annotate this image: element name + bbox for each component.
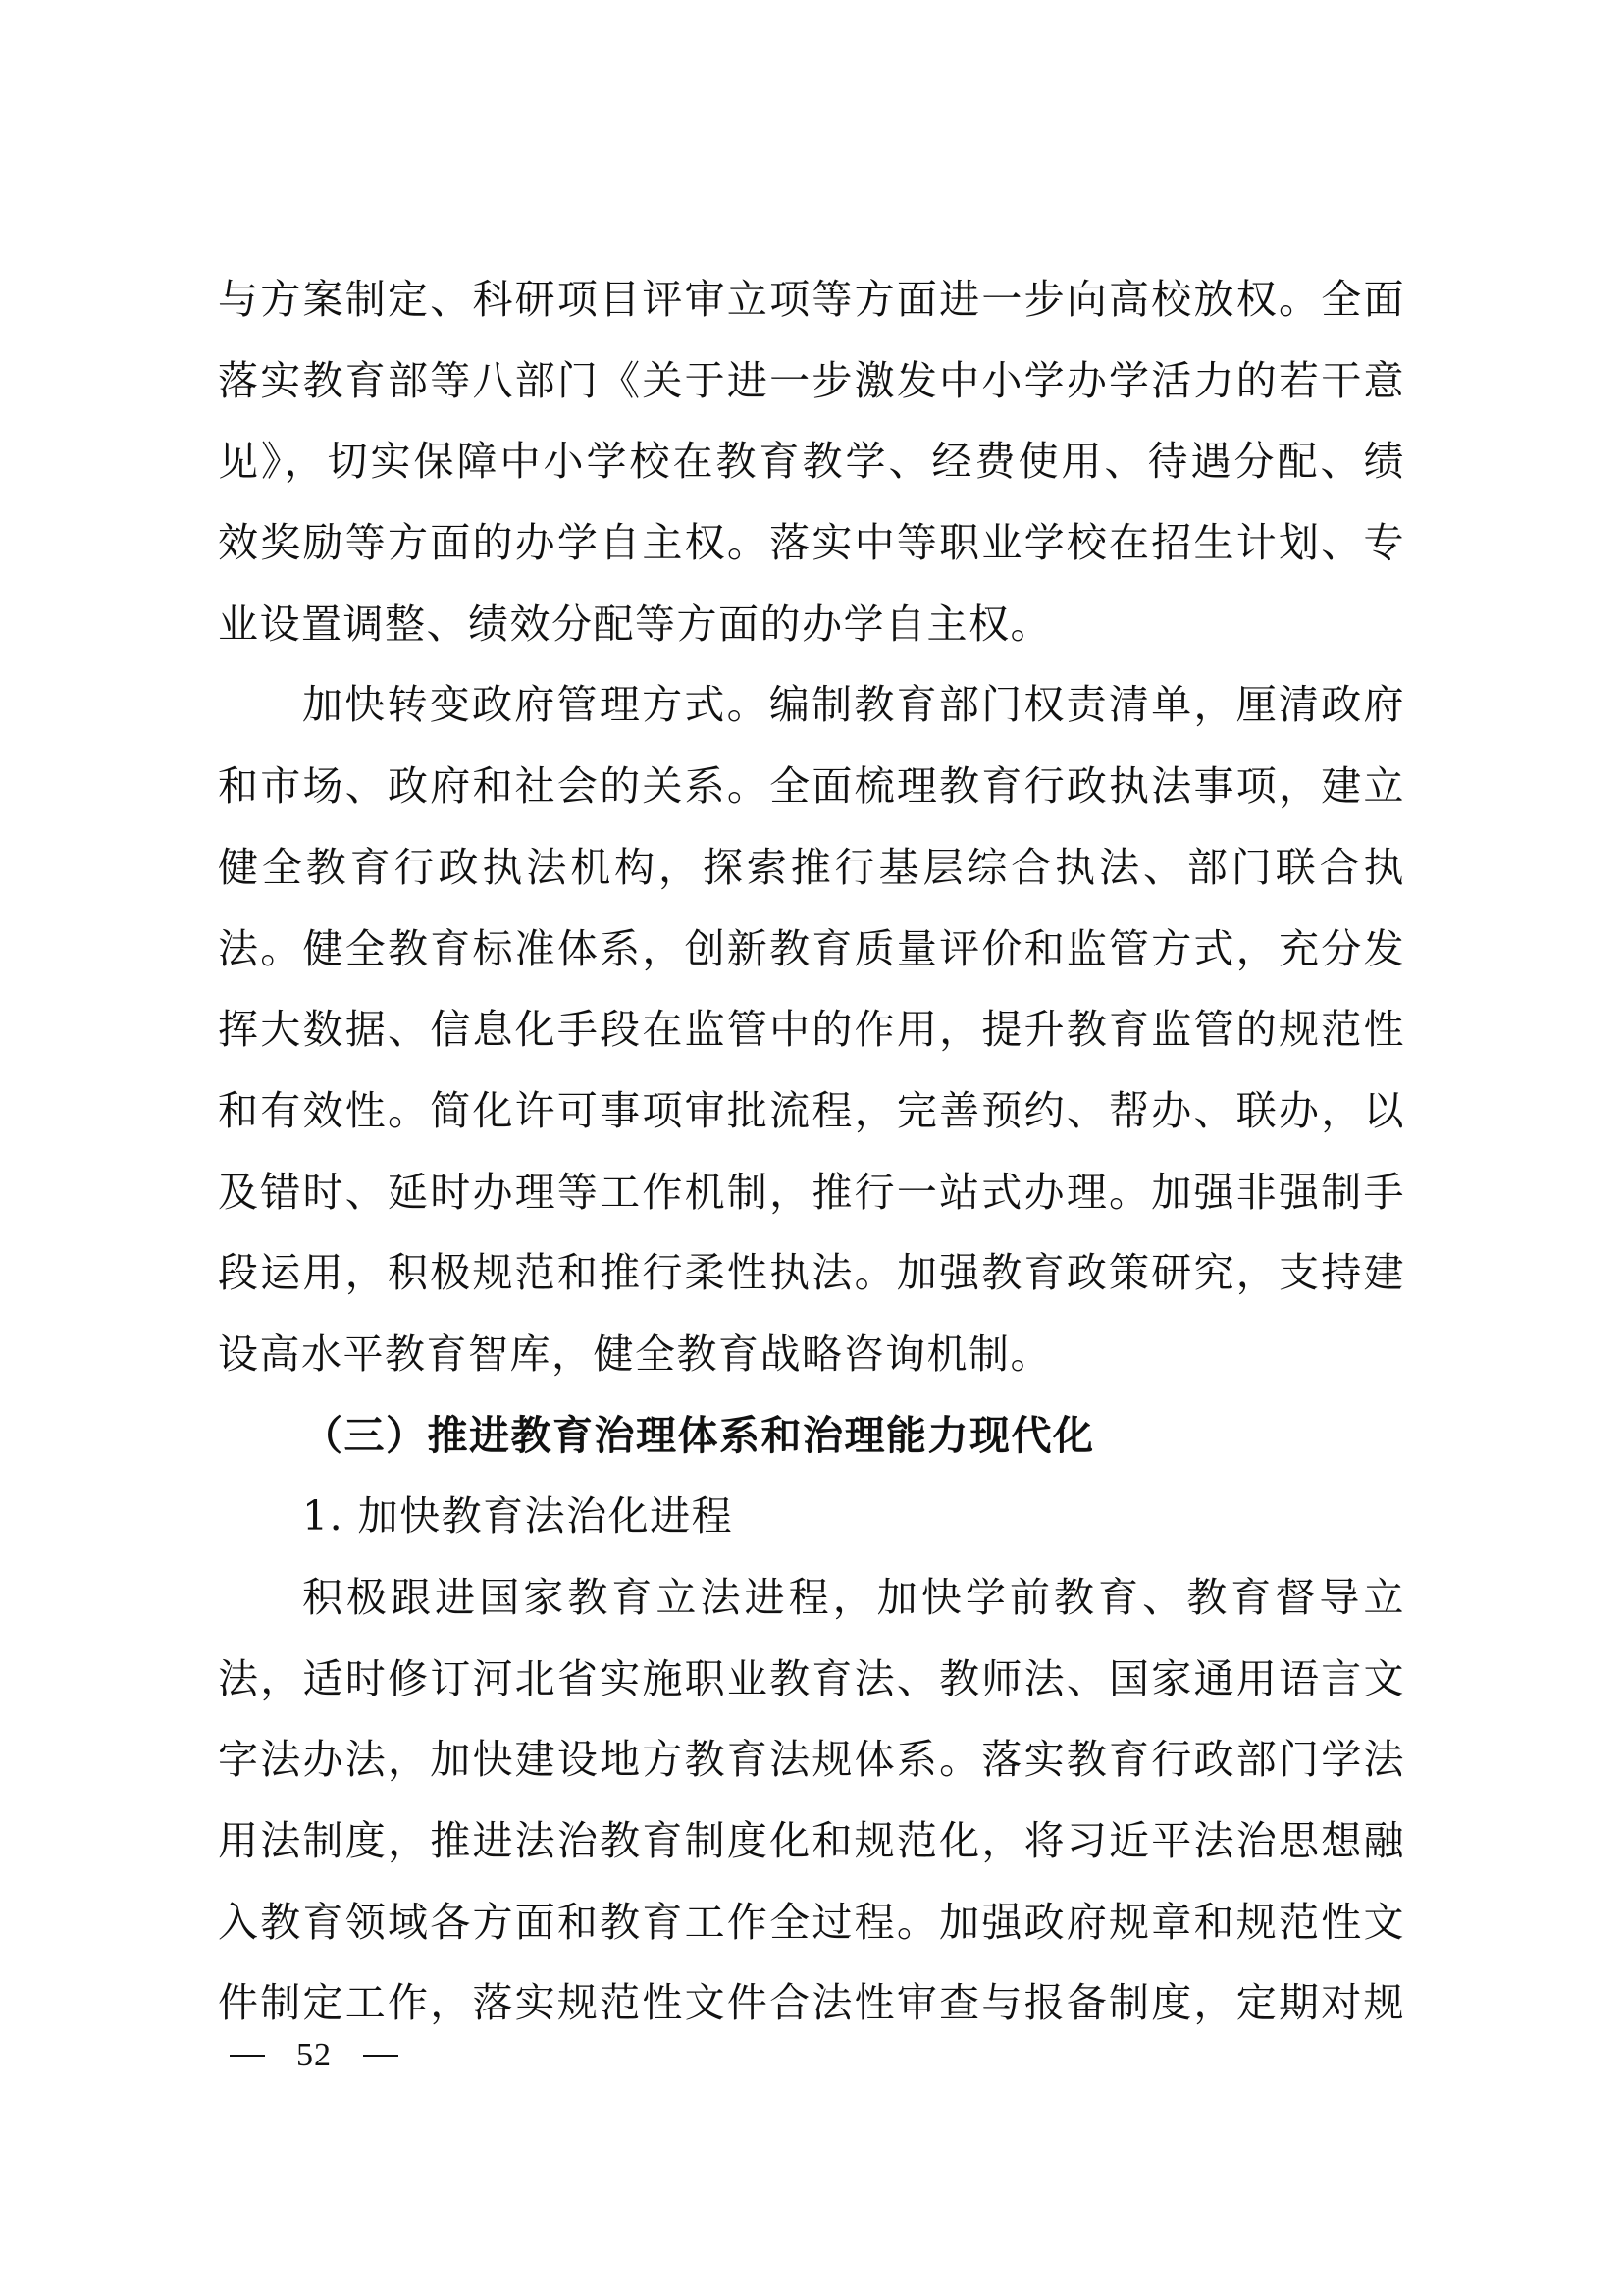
paragraph-line: 用法制度，推进法治教育制度化和规范化，将习近平法治思想融 bbox=[218, 1800, 1405, 1882]
subsection-heading: 1. 加快教育法治化进程 bbox=[218, 1476, 1405, 1557]
document-page: 与方案制定、科研项目评审立项等方面进一步向高校放权。全面 落实教育部等八部门《关… bbox=[0, 0, 1624, 2296]
page-number: 52 bbox=[230, 2033, 398, 2078]
dash-right bbox=[363, 2055, 398, 2057]
paragraph-line: 段运用，积极规范和推行柔性执法。加强教育政策研究，支持建 bbox=[218, 1232, 1405, 1314]
paragraph-line: 字法办法，加快建设地方教育法规体系。落实教育行政部门学法 bbox=[218, 1719, 1405, 1800]
paragraph-line: 业设置调整、绩效分配等方面的办学自主权。 bbox=[218, 584, 1405, 665]
paragraph-line: 健全教育行政执法机构，探索推行基层综合执法、部门联合执 bbox=[218, 827, 1405, 909]
paragraph-line: 效奖励等方面的办学自主权。落实中等职业学校在招生计划、专 bbox=[218, 502, 1405, 584]
paragraph-line: 及错时、延时办理等工作机制，推行一站式办理。加强非强制手 bbox=[218, 1152, 1405, 1233]
paragraph-line: 入教育领域各方面和教育工作全过程。加强政府规章和规范性文 bbox=[218, 1882, 1405, 1963]
paragraph-line: 设高水平教育智库，健全教育战略咨询机制。 bbox=[218, 1314, 1405, 1395]
paragraph-line: 挥大数据、信息化手段在监管中的作用，提升教育监管的规范性 bbox=[218, 989, 1405, 1070]
paragraph-line: 落实教育部等八部门《关于进一步激发中小学办学活力的若干意 bbox=[218, 340, 1405, 422]
paragraph-line: 和有效性。简化许可事项审批流程，完善预约、帮办、联办，以 bbox=[218, 1070, 1405, 1152]
body-text: 与方案制定、科研项目评审立项等方面进一步向高校放权。全面 落实教育部等八部门《关… bbox=[218, 259, 1405, 2044]
paragraph-line: 见》，切实保障中小学校在教育教学、经费使用、待遇分配、绩 bbox=[218, 421, 1405, 502]
section-heading: （三）推进教育治理体系和治理能力现代化 bbox=[218, 1395, 1405, 1477]
paragraph-line: 与方案制定、科研项目评审立项等方面进一步向高校放权。全面 bbox=[218, 259, 1405, 340]
paragraph-line: 加快转变政府管理方式。编制教育部门权责清单，厘清政府 bbox=[218, 664, 1405, 746]
paragraph-line: 和市场、政府和社会的关系。全面梳理教育行政执法事项，建立 bbox=[218, 746, 1405, 827]
paragraph-line: 法。健全教育标准体系，创新教育质量评价和监管方式，充分发 bbox=[218, 909, 1405, 990]
dash-left bbox=[230, 2055, 265, 2057]
page-number-value: 52 bbox=[265, 2033, 363, 2078]
paragraph-line: 法，适时修订河北省实施职业教育法、教师法、国家通用语言文 bbox=[218, 1639, 1405, 1720]
paragraph-line: 件制定工作，落实规范性文件合法性审查与报备制度，定期对规 bbox=[218, 1962, 1405, 2044]
paragraph-line: 积极跟进国家教育立法进程，加快学前教育、教育督导立 bbox=[218, 1557, 1405, 1639]
